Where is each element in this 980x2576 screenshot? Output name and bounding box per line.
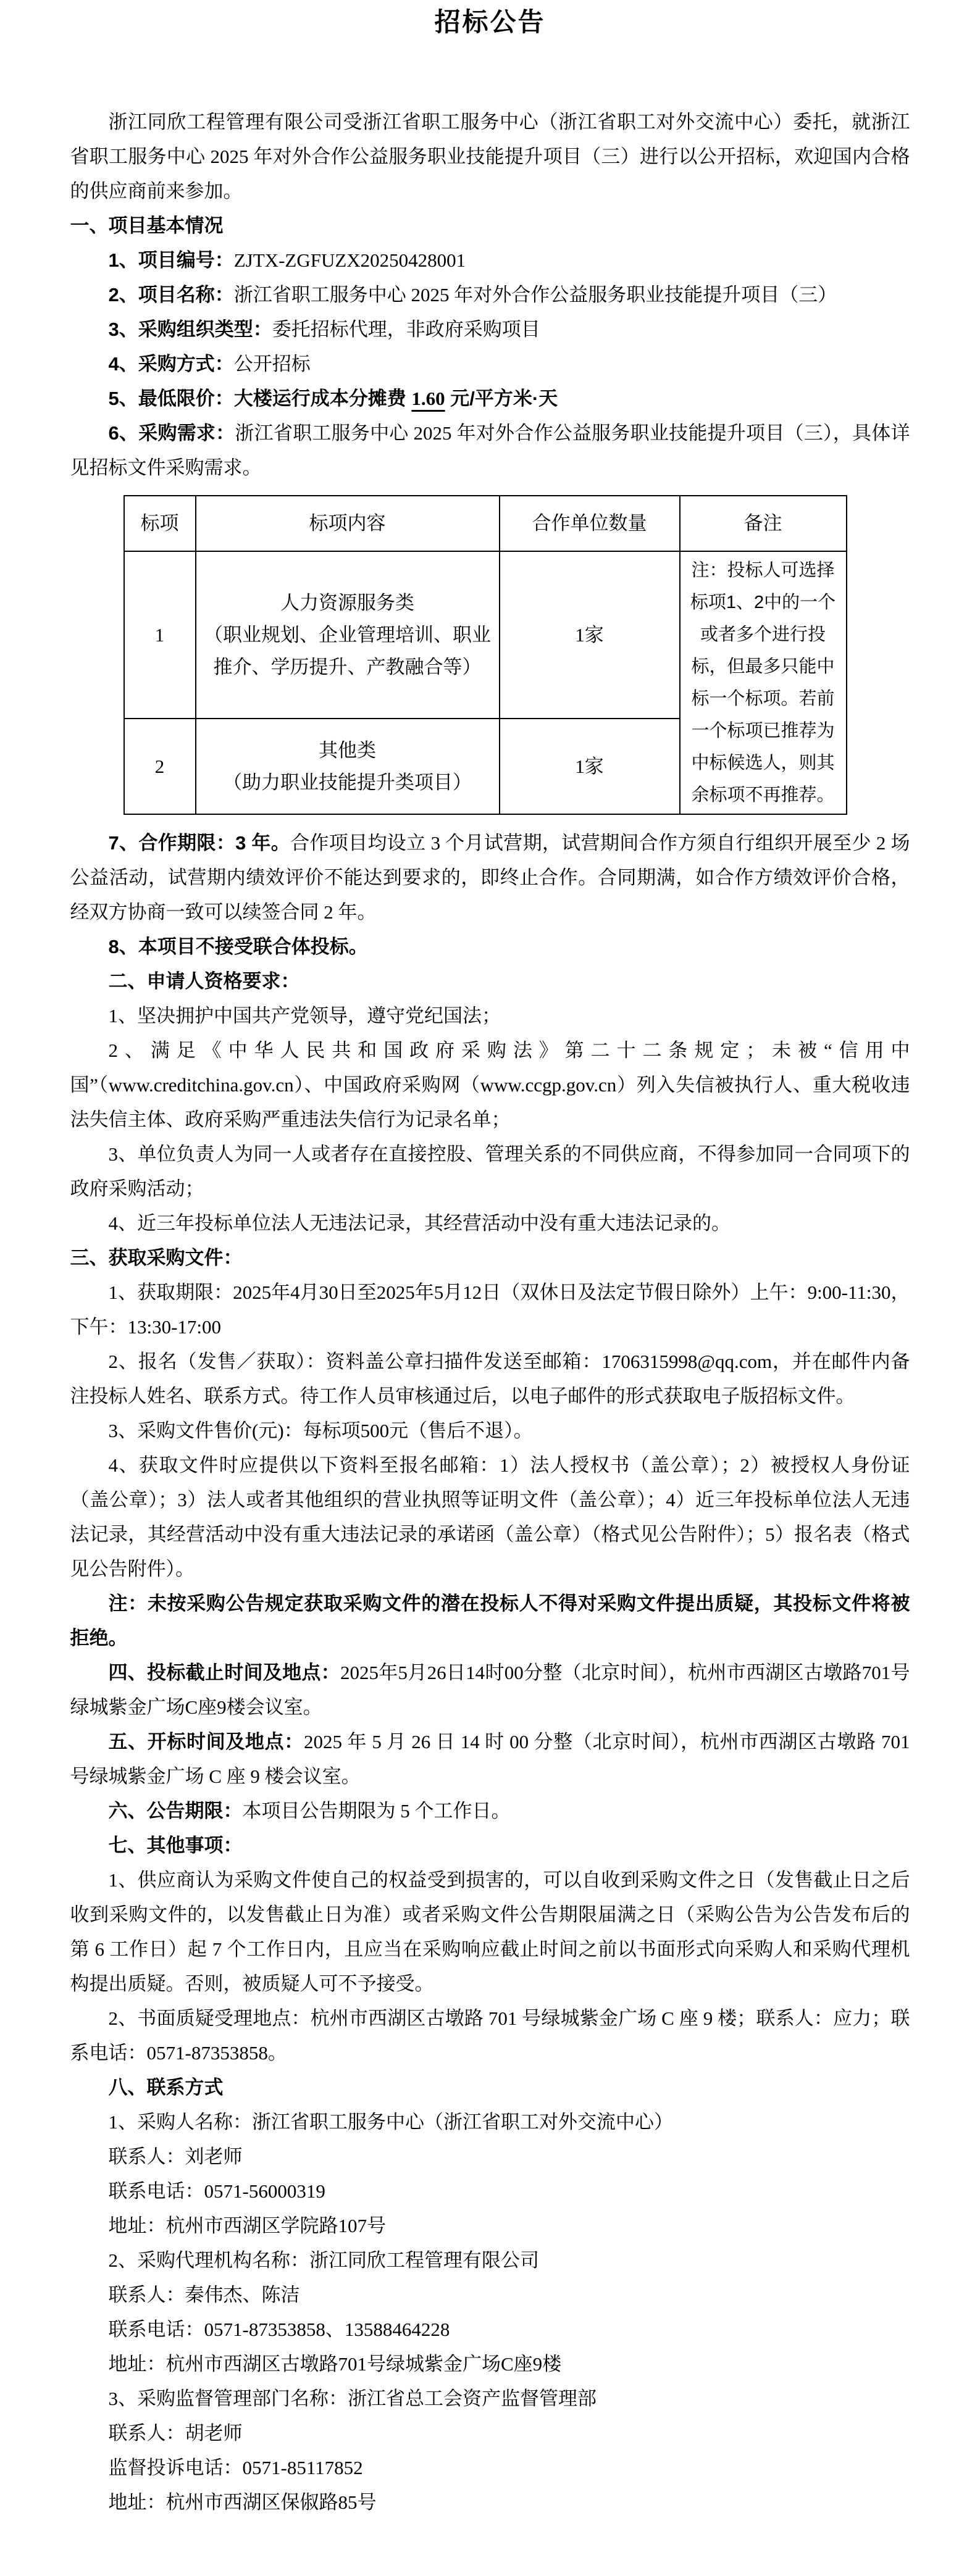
purchaser-address-line: 地址：杭州市西湖区学院路107号 xyxy=(70,2209,910,2243)
obtain-document-note: 注：未按采购公告规定获取采购文件的潜在投标人不得对采购文件提出质疑，其投标文件将… xyxy=(70,1586,910,1656)
supervision-phone-line: 监督投诉电话：0571-85117852 xyxy=(70,2451,910,2485)
minimum-price-label: 5、最低限价：大楼运行成本分摊费 xyxy=(109,388,406,409)
lot1-number: 1 xyxy=(124,551,196,719)
procurement-method-item: 4、采购方式：公开招标 xyxy=(70,347,910,381)
table-row: 1 人力资源服务类（职业规划、企业管理培训、职业推介、学历提升、产教融合等） 1… xyxy=(124,551,847,719)
lot1-content-detail: （职业规划、企业管理培训、职业推介、学历提升、产教融合等） xyxy=(204,624,491,678)
cooperation-period-label: 7、合作期限：3 年。 xyxy=(109,832,291,854)
supervision-address-line: 地址：杭州市西湖区保俶路85号 xyxy=(70,2485,910,2520)
lot2-number: 2 xyxy=(124,719,196,814)
procurement-org-type-item: 3、采购组织类型：委托招标代理，非政府采购项目 xyxy=(70,312,910,347)
lot1-content-title: 人力资源服务类 xyxy=(280,592,414,614)
project-number-value: ZJTX-ZGFUZX20250428001 xyxy=(234,249,466,271)
lot1-content: 人力资源服务类（职业规划、企业管理培训、职业推介、学历提升、产教融合等） xyxy=(196,551,500,719)
section7-heading: 七、其他事项： xyxy=(70,1828,910,1863)
lot2-content-detail: （助力职业技能提升类项目） xyxy=(223,772,472,793)
bid-announcement-document: 招标公告 浙江同欣工程管理有限公司受浙江省职工服务中心（浙江省职工对外交流中心）… xyxy=(70,0,910,2520)
minimum-price-item: 5、最低限价：大楼运行成本分摊费 1.60 元/平方米·天 xyxy=(70,381,910,416)
bid-opening-item: 五、开标时间及地点：2025 年 5 月 26 日 14 时 00 分整（北京时… xyxy=(70,1725,910,1794)
lot1-quantity: 1家 xyxy=(500,551,680,719)
supervision-dept-line: 3、采购监督管理部门名称：浙江省总工会资产监督管理部 xyxy=(70,2382,910,2416)
agency-phone-line: 联系电话：0571-87353858、13588464228 xyxy=(70,2312,910,2347)
agency-name-line: 2、采购代理机构名称：浙江同欣工程管理有限公司 xyxy=(70,2243,910,2278)
procurement-org-type-value: 委托招标代理，非政府采购项目 xyxy=(272,319,540,340)
project-number-item: 1、项目编号：ZJTX-ZGFUZX20250428001 xyxy=(70,243,910,278)
project-name-value: 浙江省职工服务中心 2025 年对外合作公益服务职业技能提升项目（三） xyxy=(234,284,837,306)
header-lot-content: 标项内容 xyxy=(196,496,500,551)
qualification-item-1: 1、坚决拥护中国共产党领导，遵守党纪国法； xyxy=(70,999,910,1033)
lot2-content-title: 其他类 xyxy=(319,740,376,761)
section3-heading: 三、获取采购文件： xyxy=(70,1241,910,1275)
qualification-item-4: 4、近三年投标单位法人无违法记录，其经营活动中没有重大违法记录的。 xyxy=(70,1206,910,1241)
project-name-label: 2、项目名称： xyxy=(109,284,234,306)
agency-contact-line: 联系人：秦伟杰、陈洁 xyxy=(70,2278,910,2312)
other-matters-item-2: 2、书面质疑受理地点：杭州市西湖区古墩路 701 号绿城紫金广场 C 座 9 楼… xyxy=(70,2001,910,2070)
registration-item: 2、报名（发售／获取）：资料盖公章扫描件发送至邮箱：1706315998@qq.… xyxy=(70,1344,910,1414)
intro-paragraph: 浙江同欣工程管理有限公司受浙江省职工服务中心（浙江省职工对外交流中心）委托，就浙… xyxy=(70,105,910,209)
purchaser-contact-line: 联系人：刘老师 xyxy=(70,2140,910,2174)
section2-heading: 二、申请人资格要求： xyxy=(70,964,910,999)
announcement-period-label: 六、公告期限： xyxy=(109,1800,243,1822)
page-title: 招标公告 xyxy=(70,6,910,38)
bid-opening-label: 五、开标时间及地点： xyxy=(109,1731,304,1753)
bid-deadline-item: 四、投标截止时间及地点：2025年5月26日14时00分整（北京时间），杭州市西… xyxy=(70,1656,910,1725)
required-materials-item: 4、获取文件时应提供以下资料至报名邮箱：1）法人授权书（盖公章）；2）被授权人身… xyxy=(70,1448,910,1586)
project-number-label: 1、项目编号： xyxy=(109,249,234,271)
procurement-org-type-label: 3、采购组织类型： xyxy=(109,319,272,340)
lots-table-header-row: 标项 标项内容 合作单位数量 备注 xyxy=(124,496,847,551)
qualification-item-3: 3、单位负责人为同一人或者存在直接控股、管理关系的不同供应商，不得参加同一合同项… xyxy=(70,1137,910,1206)
header-partner-quantity: 合作单位数量 xyxy=(500,496,680,551)
project-name-item: 2、项目名称：浙江省职工服务中心 2025 年对外合作公益服务职业技能提升项目（… xyxy=(70,278,910,312)
minimum-price-unit: 元/平方米·天 xyxy=(450,388,558,409)
lots-table: 标项 标项内容 合作单位数量 备注 1 人力资源服务类（职业规划、企业管理培训、… xyxy=(124,495,847,815)
section8-heading: 八、联系方式 xyxy=(70,2070,910,2105)
qualification-item-2: 2、满足《中华人民共和国政府采购法》第二十二条规定；未被“信用中国”（www.c… xyxy=(70,1033,910,1137)
document-obtain-period-item: 1、获取期限：2025年4月30日至2025年5月12日（双休日及法定节假日除外… xyxy=(70,1275,910,1344)
minimum-price-value: 1.60 xyxy=(411,388,445,409)
lot2-quantity: 1家 xyxy=(500,719,680,814)
supervision-contact-line: 联系人：胡老师 xyxy=(70,2416,910,2451)
bid-deadline-label: 四、投标截止时间及地点： xyxy=(109,1662,340,1683)
section1-heading: 一、项目基本情况 xyxy=(70,209,910,243)
document-price-item: 3、采购文件售价(元)：每标项500元（售后不退）。 xyxy=(70,1414,910,1448)
no-consortium-item: 8、本项目不接受联合体投标。 xyxy=(70,930,910,964)
agency-address-line: 地址：杭州市西湖区古墩路701号绿城紫金广场C座9楼 xyxy=(70,2347,910,2382)
header-remarks: 备注 xyxy=(680,496,847,551)
lots-remarks-note: 注：投标人可选择标项1、2中的一个或者多个进行投标，但最多只能中标一个标项。若前… xyxy=(680,551,847,814)
lot2-content: 其他类（助力职业技能提升类项目） xyxy=(196,719,500,814)
announcement-period-text: 本项目公告期限为 5 个工作日。 xyxy=(243,1800,511,1822)
procurement-demand-label: 6、采购需求： xyxy=(109,422,235,444)
procurement-method-label: 4、采购方式： xyxy=(109,353,234,375)
announcement-period-item: 六、公告期限：本项目公告期限为 5 个工作日。 xyxy=(70,1794,910,1828)
purchaser-name-line: 1、采购人名称：浙江省职工服务中心（浙江省职工对外交流中心） xyxy=(70,2105,910,2140)
purchaser-phone-line: 联系电话：0571-56000319 xyxy=(70,2174,910,2209)
procurement-method-value: 公开招标 xyxy=(234,353,311,375)
cooperation-period-item: 7、合作期限：3 年。合作项目均设立 3 个月试营期，试营期间合作方须自行组织开… xyxy=(70,826,910,930)
procurement-demand-item: 6、采购需求：浙江省职工服务中心 2025 年对外合作公益服务职业技能提升项目（… xyxy=(70,416,910,485)
header-lot-number: 标项 xyxy=(124,496,196,551)
other-matters-item-1: 1、供应商认为采购文件使自己的权益受到损害的，可以自收到采购文件之日（发售截止日… xyxy=(70,1863,910,2001)
